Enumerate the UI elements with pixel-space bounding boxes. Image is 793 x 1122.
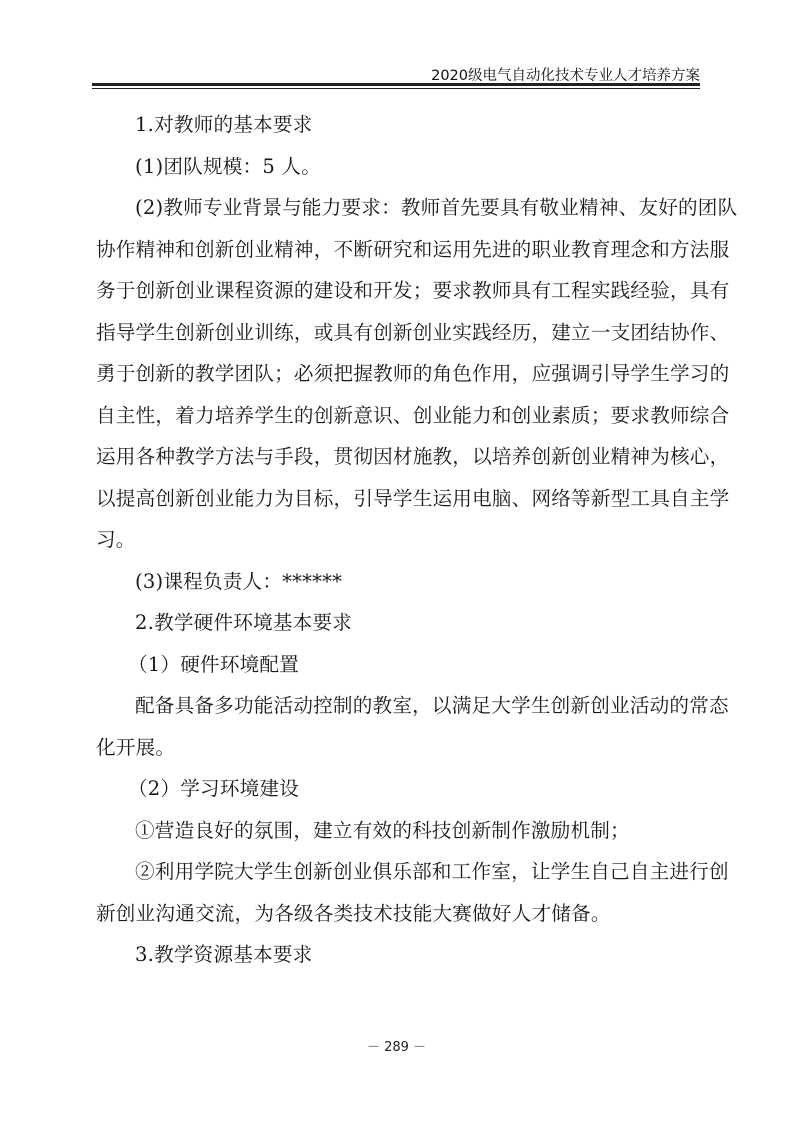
text-line: 习。 bbox=[96, 519, 702, 561]
text-line: 1.对教师的基本要求 bbox=[96, 104, 702, 146]
text-line: 配备具备多功能活动控制的教室，以满足大学生创新创业活动的常态 bbox=[96, 685, 702, 727]
text-line: 3.教学资源基本要求 bbox=[96, 934, 702, 976]
header-rule-thin bbox=[92, 88, 700, 89]
document-body: 1.对教师的基本要求(1)团队规模：5 人。(2)教师专业背景与能力要求：教师首… bbox=[96, 104, 702, 976]
text-line: 务于创新创业课程资源的建设和开发；要求教师具有工程实践经验，具有 bbox=[96, 270, 702, 312]
page-number: － 289 － bbox=[0, 1036, 793, 1055]
header-rule-thick bbox=[92, 83, 700, 86]
text-line: 自主性，着力培养学生的创新意识、创业能力和创业素质；要求教师综合 bbox=[96, 395, 702, 437]
text-line: 协作精神和创新创业精神，不断研究和运用先进的职业教育理念和方法服 bbox=[96, 229, 702, 271]
running-header: 2020级电气自动化技术专业人才培养方案 bbox=[92, 64, 700, 85]
text-line: ②利用学院大学生创新创业俱乐部和工作室，让学生自己自主进行创 bbox=[96, 851, 702, 893]
text-line: 运用各种教学方法与手段，贯彻因材施教，以培养创新创业精神为核心， bbox=[96, 436, 702, 478]
text-line: 化开展。 bbox=[96, 727, 702, 769]
text-line: 勇于创新的教学团队；必须把握教师的角色作用，应强调引导学生学习的 bbox=[96, 353, 702, 395]
text-line: 2.教学硬件环境基本要求 bbox=[96, 602, 702, 644]
text-line: （1）硬件环境配置 bbox=[96, 644, 702, 686]
text-line: (1)团队规模：5 人。 bbox=[96, 146, 702, 188]
text-line: (2)教师专业背景与能力要求：教师首先要具有敬业精神、友好的团队 bbox=[96, 187, 702, 229]
text-line: (3)课程负责人：****** bbox=[96, 561, 702, 603]
text-line: （2）学习环境建设 bbox=[96, 768, 702, 810]
text-line: 新创业沟通交流，为各级各类技术技能大赛做好人才储备。 bbox=[96, 893, 702, 935]
text-line: 以提高创新创业能力为目标，引导学生运用电脑、网络等新型工具自主学 bbox=[96, 478, 702, 520]
text-line: 指导学生创新创业训练，或具有创新创业实践经历，建立一支团结协作、 bbox=[96, 312, 702, 354]
text-line: ①营造良好的氛围，建立有效的科技创新制作激励机制； bbox=[96, 810, 702, 852]
